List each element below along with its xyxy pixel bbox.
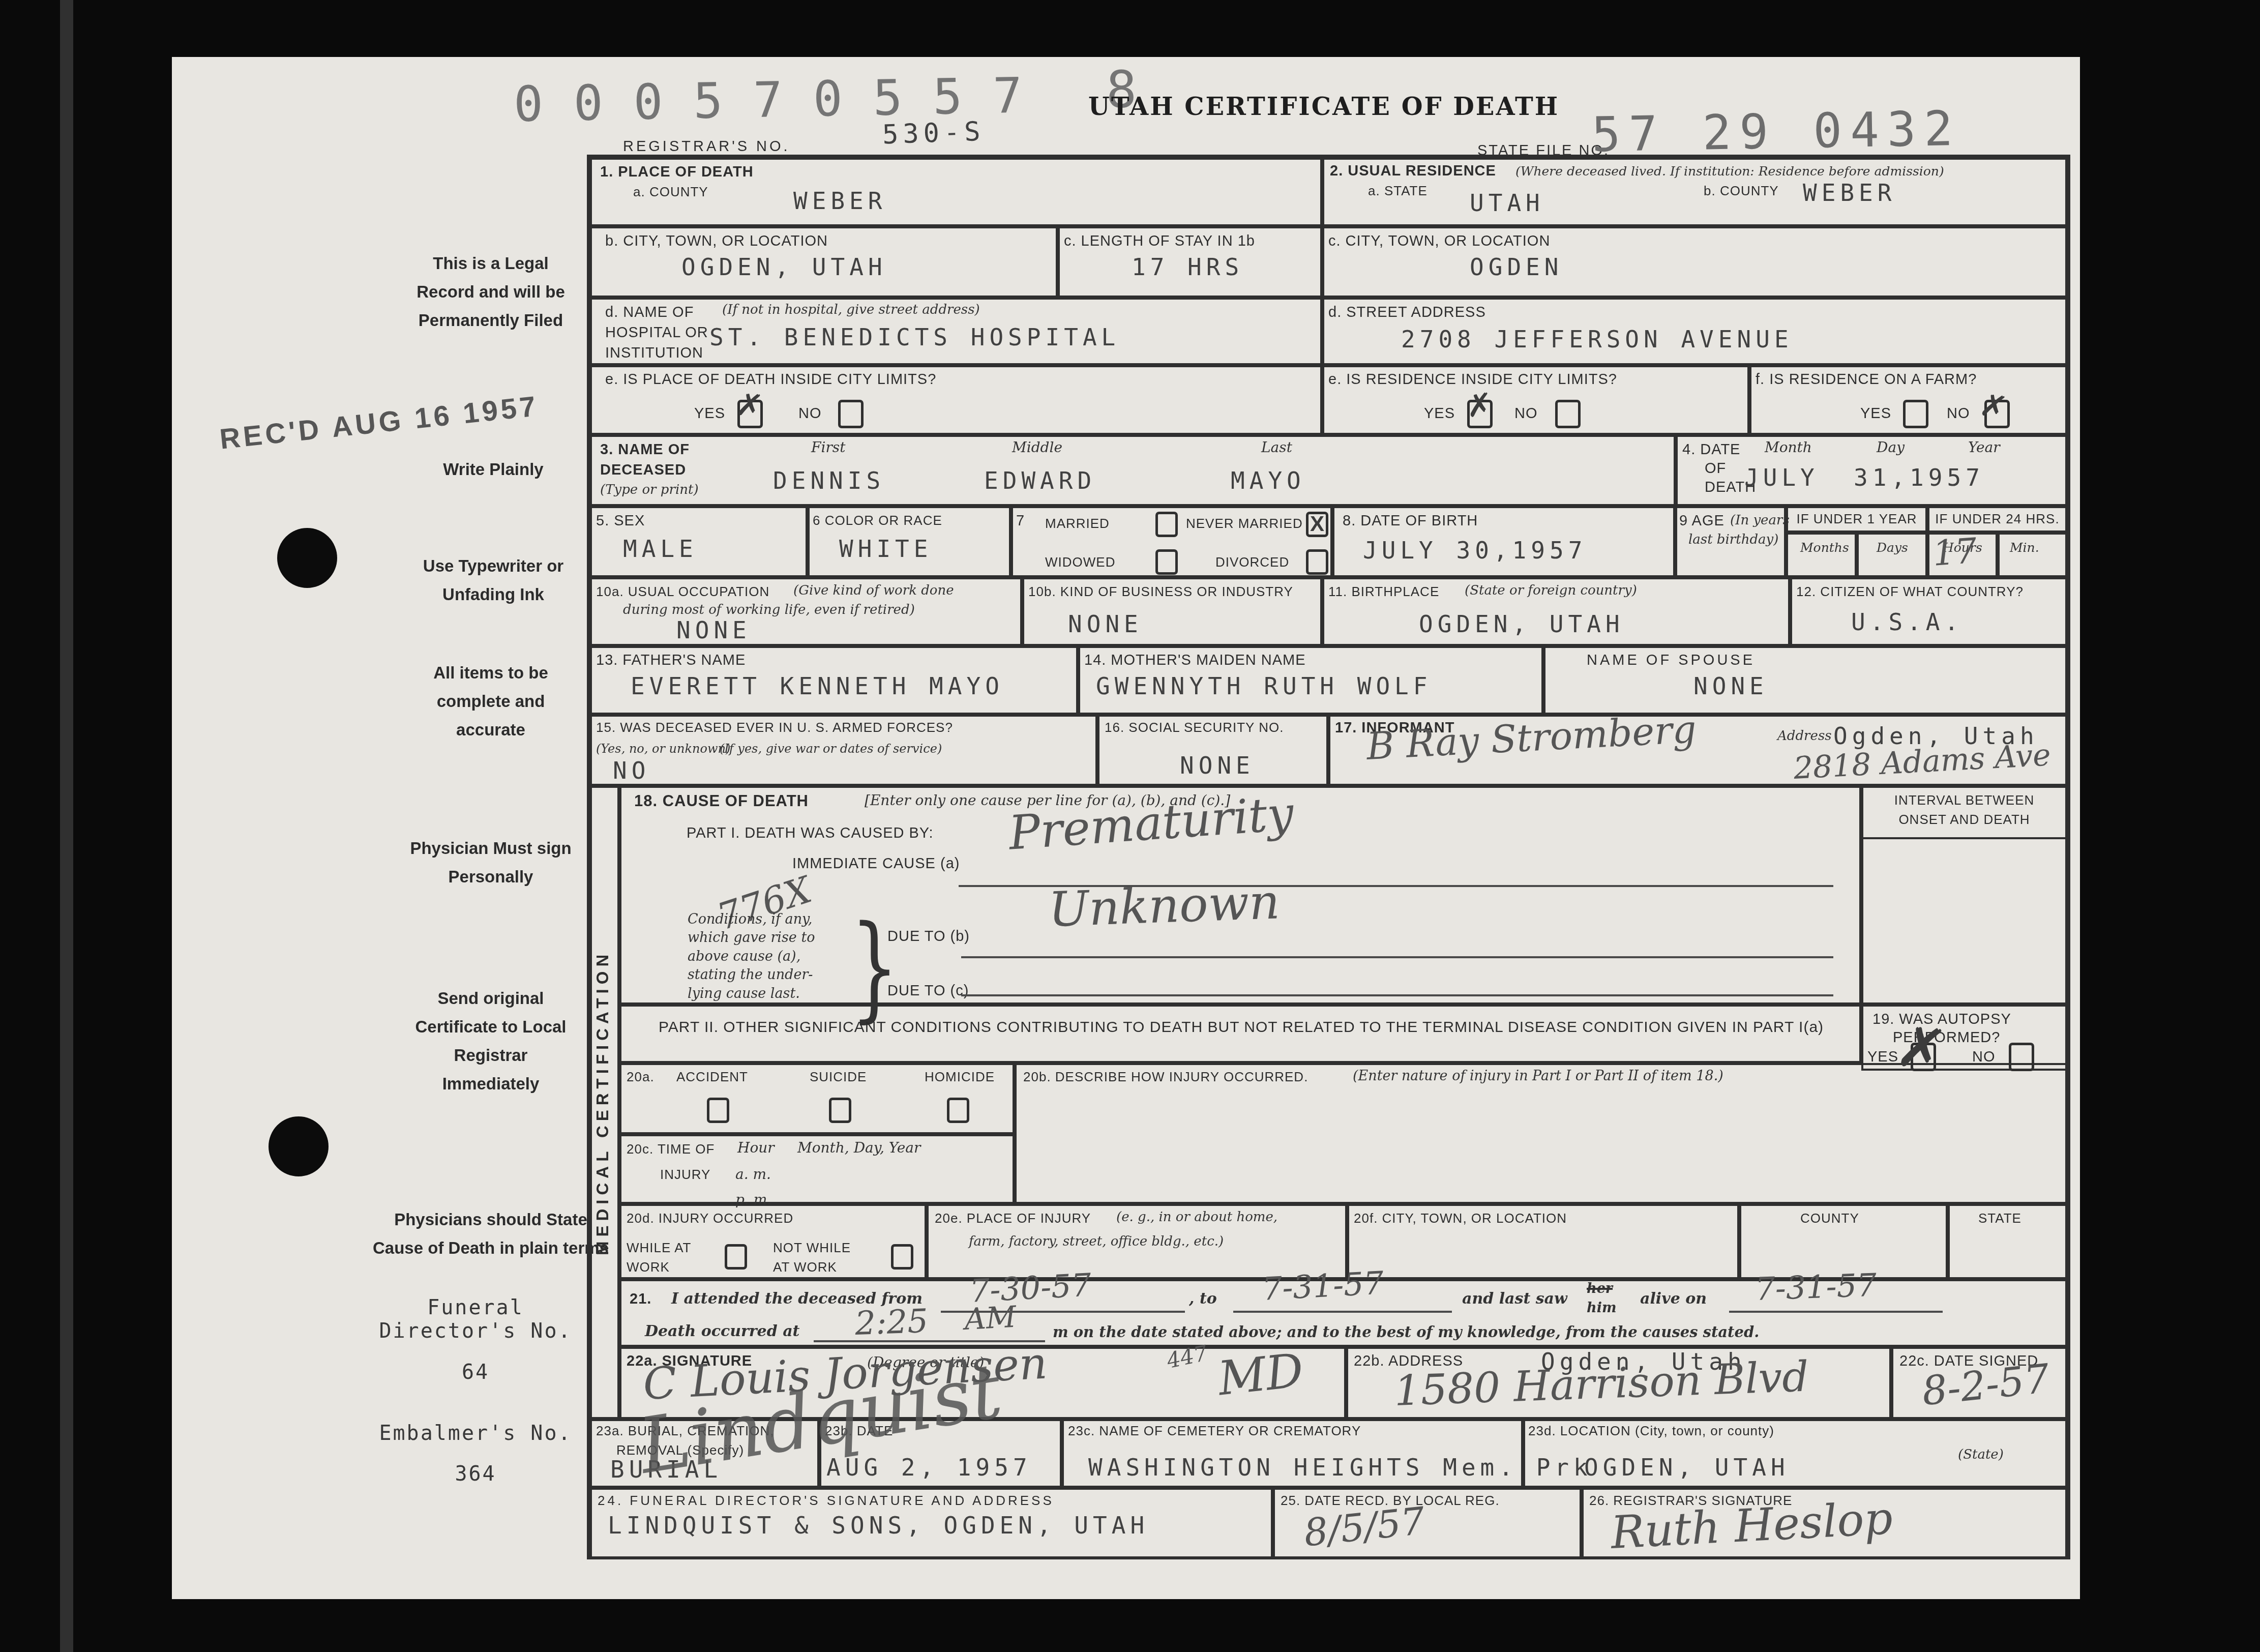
residence-city-label: c. CITY, TOWN, OR LOCATION xyxy=(1328,233,1550,250)
death-city-value: OGDEN, UTAH xyxy=(681,253,887,281)
registrars-no-value: 530-S xyxy=(882,116,986,151)
divorced-checkbox xyxy=(1306,549,1328,575)
spouse-value: NONE xyxy=(1693,672,1768,700)
state-file-no-value: 57 29 0432 xyxy=(1591,101,1961,163)
place-of-injury-note-2: farm, factory, street, office bldg., etc… xyxy=(969,1234,1224,1249)
date-of-birth-value: JULY 30,1957 xyxy=(1363,537,1587,564)
hospital-label-3: INSTITUTION xyxy=(605,345,703,362)
married-label: MARRIED xyxy=(1045,516,1110,532)
married-checkbox xyxy=(1155,512,1178,537)
not-while-at-work-checkbox xyxy=(891,1244,913,1270)
cemetery-location-label: 23d. LOCATION (City, town, or county) xyxy=(1528,1423,1774,1439)
death-time-ampm: AM xyxy=(964,1300,1017,1337)
hospital-note: (If not in hospital, give street address… xyxy=(722,302,980,317)
age-note-1: (In years xyxy=(1730,513,1790,528)
color-race-label: 6 COLOR OR RACE xyxy=(813,513,942,528)
first-name-value: DENNIS xyxy=(773,467,885,494)
certificate-title: UTAH CERTIFICATE OF DEATH xyxy=(1088,93,1559,121)
injury-county-label: COUNTY xyxy=(1800,1211,1859,1226)
medical-certification-label: MEDICAL CERTIFICATION xyxy=(593,793,616,1411)
while-at-work-label-1: WHILE AT xyxy=(627,1240,691,1256)
injury-occurred-label: 20d. INJURY OCCURRED xyxy=(627,1211,793,1226)
cemetery-location-value: OGDEN, UTAH xyxy=(1584,1454,1790,1481)
residence-city-limits-no-checkbox xyxy=(1555,400,1581,428)
hospital-label-2: HOSPITAL OR xyxy=(605,324,708,341)
birthplace-value: OGDEN, UTAH xyxy=(1419,610,1624,638)
marital-num: 7 xyxy=(1016,513,1025,529)
county-label: a. COUNTY xyxy=(633,184,708,200)
photo-edge-strip xyxy=(60,0,73,1652)
widowed-checkbox xyxy=(1155,549,1178,575)
residence-city-limits-no-label: NO xyxy=(1514,405,1538,422)
birthplace-note: (State or foreign country) xyxy=(1465,583,1637,598)
last-name-value: MAYO xyxy=(1231,467,1305,494)
place-of-injury-label: 20e. PLACE OF INJURY xyxy=(935,1211,1091,1226)
attended-text-3: and last saw xyxy=(1462,1290,1567,1308)
residence-city-limits-label: e. IS RESIDENCE INSIDE CITY LIMITS? xyxy=(1328,371,1617,388)
interval-header-2: ONSET AND DEATH xyxy=(1861,812,2067,828)
funeral-directors-no-value: 64 xyxy=(364,1361,587,1384)
while-at-work-label-2: WORK xyxy=(627,1259,670,1275)
cemetery-label: 23c. NAME OF CEMETERY OR CREMATORY xyxy=(1068,1423,1361,1439)
death-day-year-value: 31,1957 xyxy=(1854,464,1984,491)
due-to-c-line xyxy=(961,969,1833,996)
hospital-label-1: d. NAME OF xyxy=(605,304,694,321)
fathers-name-label: 13. FATHER'S NAME xyxy=(596,652,746,669)
autopsy-no-checkbox xyxy=(2009,1043,2034,1071)
under-24-hrs-label: IF UNDER 24 HRS. xyxy=(1927,511,2067,527)
place-of-death-label: 1. PLACE OF DEATH xyxy=(600,164,754,181)
state-label: a. STATE xyxy=(1368,183,1428,199)
margin-all-items-note: All items to be complete and accurate xyxy=(407,659,575,744)
accident-checkbox xyxy=(707,1098,729,1123)
residence-farm-yes-label: YES xyxy=(1860,405,1891,422)
funeral-director-label: 24. FUNERAL DIRECTOR'S SIGNATURE AND ADD… xyxy=(598,1493,1054,1509)
place-of-injury-note-1: (e. g., in or about home, xyxy=(1116,1209,1277,1225)
accident-num: 20a. xyxy=(627,1069,655,1085)
residence-city-limits-yes-label: YES xyxy=(1424,405,1455,422)
attended-text-2: , to xyxy=(1189,1290,1217,1308)
attended-to-value: 7-31-57 xyxy=(1261,1264,1385,1307)
pm-header: p. m. xyxy=(735,1191,771,1208)
residence-county-value: WEBER xyxy=(1803,179,1896,206)
citizen-value: U.S.A. xyxy=(1851,608,1963,636)
accident-label: ACCIDENT xyxy=(676,1069,748,1085)
spouse-label: NAME OF SPOUSE xyxy=(1587,652,1755,669)
cell-age-min xyxy=(1998,533,2067,577)
under-1-year-label: IF UNDER 1 YEAR xyxy=(1786,511,1927,527)
homicide-label: HOMICIDE xyxy=(925,1069,995,1085)
street-address-label: d. STREET ADDRESS xyxy=(1328,304,1486,321)
death-occurred-text: Death occurred at xyxy=(645,1322,799,1340)
sex-label: 5. SEX xyxy=(596,513,645,529)
armed-forces-note-1: (Yes, no, or unknown) xyxy=(596,742,730,756)
first-name-header: First xyxy=(811,439,845,456)
birthplace-label: 11. BIRTHPLACE xyxy=(1328,584,1439,600)
margin-use-typewriter-note: Use Typewriter or Unfading Ink xyxy=(386,552,600,609)
cell-name-of-deceased xyxy=(590,435,1676,506)
attended-text-4: alive on xyxy=(1640,1290,1707,1308)
mothers-maiden-name-value: GWENNYTH RUTH WOLF xyxy=(1096,672,1432,700)
length-of-stay-value: 17 HRS xyxy=(1132,253,1243,281)
registrars-no-label: REGISTRAR'S NO. xyxy=(623,138,790,155)
injury-state-label: STATE xyxy=(1978,1211,2021,1226)
usual-residence-note: (Where deceased lived. If institution: R… xyxy=(1515,164,1944,179)
attended-alive-value: 7-31-57 xyxy=(1755,1266,1878,1308)
color-race-value: WHITE xyxy=(839,535,932,563)
not-while-at-work-label-1: NOT WHILE xyxy=(773,1240,851,1256)
attended-her-word: her xyxy=(1587,1281,1613,1296)
social-security-value: NONE xyxy=(1180,752,1255,779)
embalmers-no-label: Embalmer's No. xyxy=(364,1422,587,1445)
mothers-maiden-name-label: 14. MOTHER'S MAIDEN NAME xyxy=(1084,652,1306,669)
deceased-name-label-2: DECEASED xyxy=(600,462,686,479)
armed-forces-label: 15. WAS DECEASED EVER IN U. S. ARMED FOR… xyxy=(596,720,953,735)
margin-physician-sign-note: Physician Must sign Personally xyxy=(407,834,575,891)
never-married-label: NEVER MARRIED xyxy=(1186,516,1303,532)
age-note-2: last birthday) xyxy=(1688,532,1778,547)
punch-hole-bottom xyxy=(269,1116,329,1176)
physician-md-handwritten: MD xyxy=(1215,1343,1306,1406)
year-header: Year xyxy=(1968,439,2000,456)
month-header: Month xyxy=(1765,439,1812,456)
sex-value: MALE xyxy=(623,535,698,563)
conditions-note: Conditions, if any, which gave rise to a… xyxy=(688,910,845,1003)
death-city-label: b. CITY, TOWN, OR LOCATION xyxy=(605,233,828,250)
part1-label: PART I. DEATH WAS CAUSED BY: xyxy=(687,825,934,842)
business-industry-label: 10b. KIND OF BUSINESS OR INDUSTRY xyxy=(1028,584,1293,600)
death-month-value: JULY xyxy=(1744,464,1819,491)
cell-age-days xyxy=(1857,533,1927,577)
business-industry-value: NONE xyxy=(1068,610,1143,638)
not-while-at-work-label-2: AT WORK xyxy=(773,1259,837,1275)
attended-him-word: him xyxy=(1587,1300,1616,1316)
describe-injury-note: (Enter nature of injury in Part I or Par… xyxy=(1353,1068,1723,1084)
occupation-note-1: (Give kind of work done xyxy=(793,583,954,598)
interval-header-1: INTERVAL BETWEEN xyxy=(1861,792,2067,808)
due-to-b-value: Unknown xyxy=(1048,874,1281,938)
age-min-header: Min. xyxy=(2010,540,2039,555)
punch-hole-top xyxy=(277,528,337,588)
residence-city-value: OGDEN xyxy=(1470,253,1563,281)
never-married-mark: X xyxy=(1310,512,1324,536)
residence-city-limits-yes-mark: ✗ xyxy=(1465,386,1494,425)
conditions-brace: } xyxy=(850,901,899,1034)
cause-of-death-label: 18. CAUSE OF DEATH xyxy=(634,792,809,810)
deceased-name-label-1: 3. NAME OF xyxy=(600,441,690,458)
usual-residence-label: 2. USUAL RESIDENCE xyxy=(1330,163,1496,180)
middle-name-value: EDWARD xyxy=(984,467,1096,494)
due-to-b-label: DUE TO (b) xyxy=(887,928,970,945)
while-at-work-checkbox xyxy=(725,1244,747,1270)
am-header: a. m. xyxy=(735,1166,771,1183)
death-time-value: 2:25 xyxy=(854,1303,929,1343)
county-value: WEBER xyxy=(793,187,886,215)
age-hours-value: 17 xyxy=(1931,531,1978,574)
fathers-name-value: EVERETT KENNETH MAYO xyxy=(631,672,1004,700)
residence-county-label: b. COUNTY xyxy=(1704,183,1779,199)
autopsy-no-label: NO xyxy=(1972,1049,1996,1066)
date-of-birth-label: 8. DATE OF BIRTH xyxy=(1343,513,1478,529)
death-occurred-text-2: m on the date stated above; and to the b… xyxy=(1053,1323,1759,1341)
armed-forces-note-2: (If yes, give war or dates of service) xyxy=(720,742,942,756)
residence-farm-label: f. IS RESIDENCE ON A FARM? xyxy=(1756,371,1977,388)
occupation-label: 10a. USUAL OCCUPATION xyxy=(596,584,769,600)
occupation-note-2: during most of working life, even if ret… xyxy=(623,602,915,617)
date-of-death-label-1: 4. DATE xyxy=(1682,441,1740,458)
cemetery-value: WASHINGTON HEIGHTS Mem. Prk xyxy=(1088,1454,1592,1481)
due-to-c-label: DUE TO (c) xyxy=(887,983,969,999)
age-months-header: Months xyxy=(1800,540,1849,555)
immediate-cause-label: IMMEDIATE CAUSE (a) xyxy=(792,855,960,872)
part2-label: PART II. OTHER SIGNIFICANT CONDITIONS CO… xyxy=(659,1019,1824,1036)
margin-send-original-note: Send original Certificate to Local Regis… xyxy=(407,984,575,1098)
widowed-label: WIDOWED xyxy=(1045,554,1115,570)
time-of-injury-label-2: INJURY xyxy=(660,1167,710,1183)
cell-age-months xyxy=(1786,533,1857,577)
cemetery-location-state-note: (State) xyxy=(1958,1447,2004,1462)
funeral-directors-no-label: Funeral Director's No. xyxy=(364,1296,587,1343)
age-label: 9 AGE xyxy=(1679,513,1724,529)
age-days-header: Days xyxy=(1877,540,1908,555)
occupation-value: NONE xyxy=(676,616,751,644)
length-of-stay-label: c. LENGTH OF STAY IN 1b xyxy=(1064,233,1255,250)
suicide-checkbox xyxy=(829,1098,851,1123)
margin-cause-plain-terms-note: Physicians should State Cause of Death i… xyxy=(371,1205,610,1262)
day-header: Day xyxy=(1877,439,1905,456)
divorced-label: DIVORCED xyxy=(1215,554,1289,570)
residence-farm-no-label: NO xyxy=(1947,405,1970,422)
middle-name-header: Middle xyxy=(1012,439,1062,456)
attended-num: 21. xyxy=(630,1291,651,1308)
street-address-value: 2708 JEFFERSON AVENUE xyxy=(1401,326,1793,353)
death-city-limits-yes-label: YES xyxy=(694,405,725,422)
margin-write-plainly-note: Write Plainly xyxy=(392,455,595,484)
embalmers-no-value: 364 xyxy=(364,1462,587,1486)
death-city-limits-no-label: NO xyxy=(798,405,822,422)
funeral-director-value: LINDQUIST & SONS, OGDEN, UTAH xyxy=(608,1512,1149,1539)
death-city-limits-no-checkbox xyxy=(838,400,864,428)
margin-legal-record-note: This is a Legal Record and will be Perma… xyxy=(407,249,575,335)
describe-injury-label: 20b. DESCRIBE HOW INJURY OCCURRED. xyxy=(1023,1069,1308,1085)
hour-header: Hour xyxy=(737,1139,775,1156)
informant-address-label: Address xyxy=(1777,728,1832,744)
date-of-death-label-2: OF xyxy=(1705,460,1726,477)
residence-farm-yes-checkbox xyxy=(1903,400,1928,428)
state-value: UTAH xyxy=(1470,189,1544,217)
death-city-limits-label: e. IS PLACE OF DEATH INSIDE CITY LIMITS? xyxy=(605,371,936,388)
time-of-injury-label-1: 20c. TIME OF xyxy=(627,1141,715,1157)
social-security-label: 16. SOCIAL SECURITY NO. xyxy=(1105,720,1284,735)
hospital-value: ST. BENEDICTS HOSPITAL xyxy=(709,323,1120,351)
suicide-label: SUICIDE xyxy=(810,1069,867,1085)
deceased-name-note: (Type or print) xyxy=(600,482,699,497)
homicide-checkbox xyxy=(947,1098,969,1123)
last-name-header: Last xyxy=(1261,439,1292,456)
scanned-death-certificate: This is a Legal Record and will be Perma… xyxy=(0,0,2260,1652)
armed-forces-value: NO xyxy=(613,757,650,784)
month-day-year-header: Month, Day, Year xyxy=(797,1139,920,1156)
death-city-limits-yes-mark: ✗ xyxy=(734,385,765,426)
injury-city-label: 20f. CITY, TOWN, OR LOCATION xyxy=(1354,1211,1567,1226)
citizen-label: 12. CITIZEN OF WHAT COUNTRY? xyxy=(1796,584,2024,600)
